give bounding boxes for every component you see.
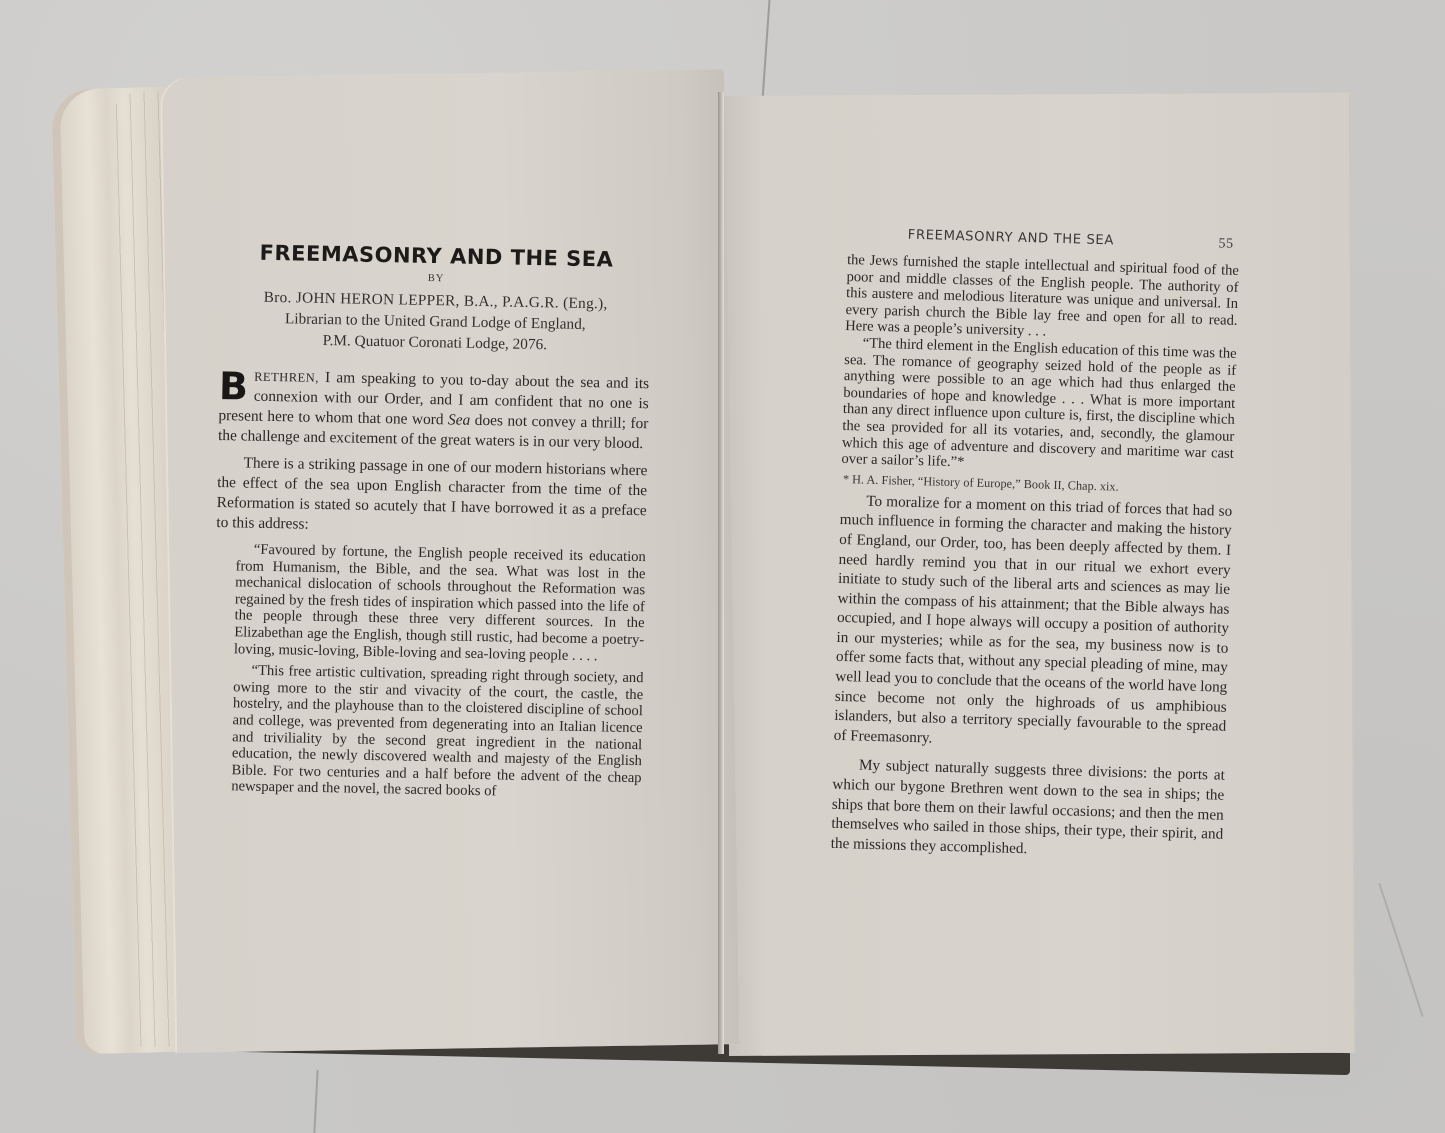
chapter-title: FREEMASONRY AND THE SEA	[221, 240, 651, 272]
paragraph: There is a striking passage in one of ou…	[216, 453, 647, 541]
opening-smallcaps: RETHREN,	[254, 370, 319, 385]
table-crack-decoration	[313, 1070, 318, 1133]
page-number: 55	[1218, 236, 1234, 252]
opening-paragraph: BRETHREN, I am speaking to you to-day ab…	[218, 366, 649, 454]
block-quote: “This free artistic cultivation, spreadi…	[231, 662, 643, 803]
drop-cap: B	[219, 370, 249, 403]
paragraph: My subject naturally suggests three divi…	[830, 755, 1225, 864]
table-crack-decoration	[1378, 883, 1423, 1017]
book-gutter	[718, 92, 724, 1054]
paragraph: To moralize for a moment on this triad o…	[833, 491, 1232, 757]
table-crack-decoration	[762, 0, 771, 100]
italic-word: Sea	[448, 411, 471, 428]
block-quote-continued: the Jews furnished the staple intellectu…	[845, 252, 1239, 346]
author-block: Bro. JOHN HERON LEPPER, B.A., P.A.G.R. (…	[220, 286, 651, 357]
left-page-content: FREEMASONRY AND THE SEA BY Bro. JOHN HER…	[211, 230, 652, 803]
block-quote: “The third element in the English educat…	[841, 335, 1237, 479]
right-page-content: FREEMASONRY AND THE SEA 55 the Jews furn…	[830, 226, 1239, 864]
byline-label: BY	[221, 269, 651, 288]
block-quote: “Favoured by fortune, the English people…	[234, 541, 646, 665]
